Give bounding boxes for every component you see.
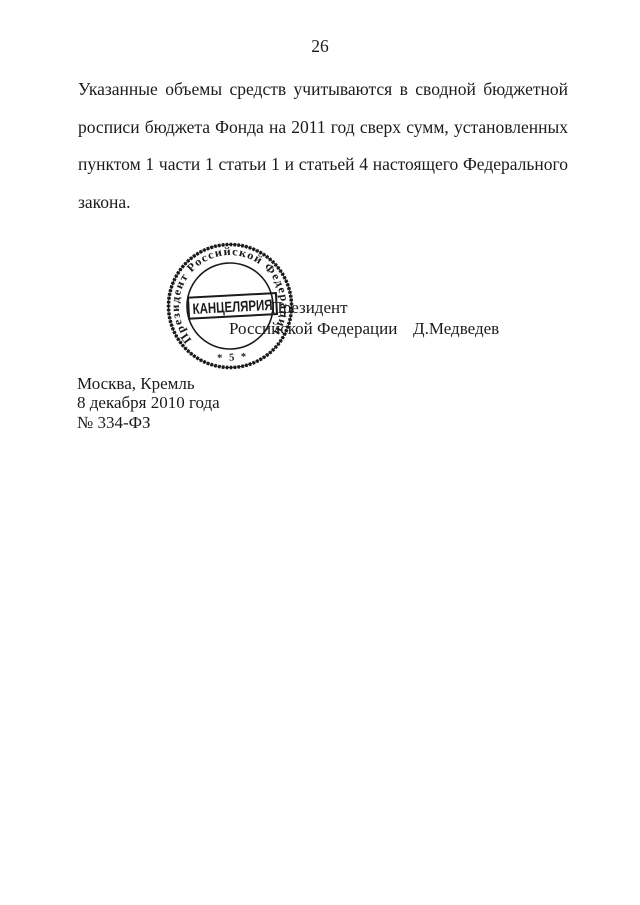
issuance-place: Москва, Кремль: [77, 374, 220, 393]
paragraph-line: росписи бюджета Фонда на 2011 год сверх …: [78, 109, 568, 147]
page-number: 26: [0, 36, 640, 56]
issuance-block: Москва, Кремль 8 декабря 2010 года № 334…: [77, 374, 220, 432]
body-paragraph: Указанные объемы средств учитываются в с…: [78, 71, 568, 221]
document-page: 26 Указанные объемы средств учитываются …: [0, 0, 640, 905]
paragraph-line: закона.: [78, 184, 568, 222]
paragraph-line: пунктом 1 части 1 статьи 1 и статьей 4 н…: [78, 146, 568, 184]
signature-name: Д.Медведев: [413, 319, 499, 339]
chancellery-seal-stamp-icon: Президент Российской Федерации * 5 * КАН…: [156, 232, 303, 379]
paragraph-line: Указанные объемы средств учитываются в с…: [78, 71, 568, 109]
issuance-date: 8 декабря 2010 года: [77, 393, 220, 412]
document-number: № 334-ФЗ: [77, 413, 220, 432]
stamp-bottom-mark: * 5 *: [217, 352, 249, 365]
